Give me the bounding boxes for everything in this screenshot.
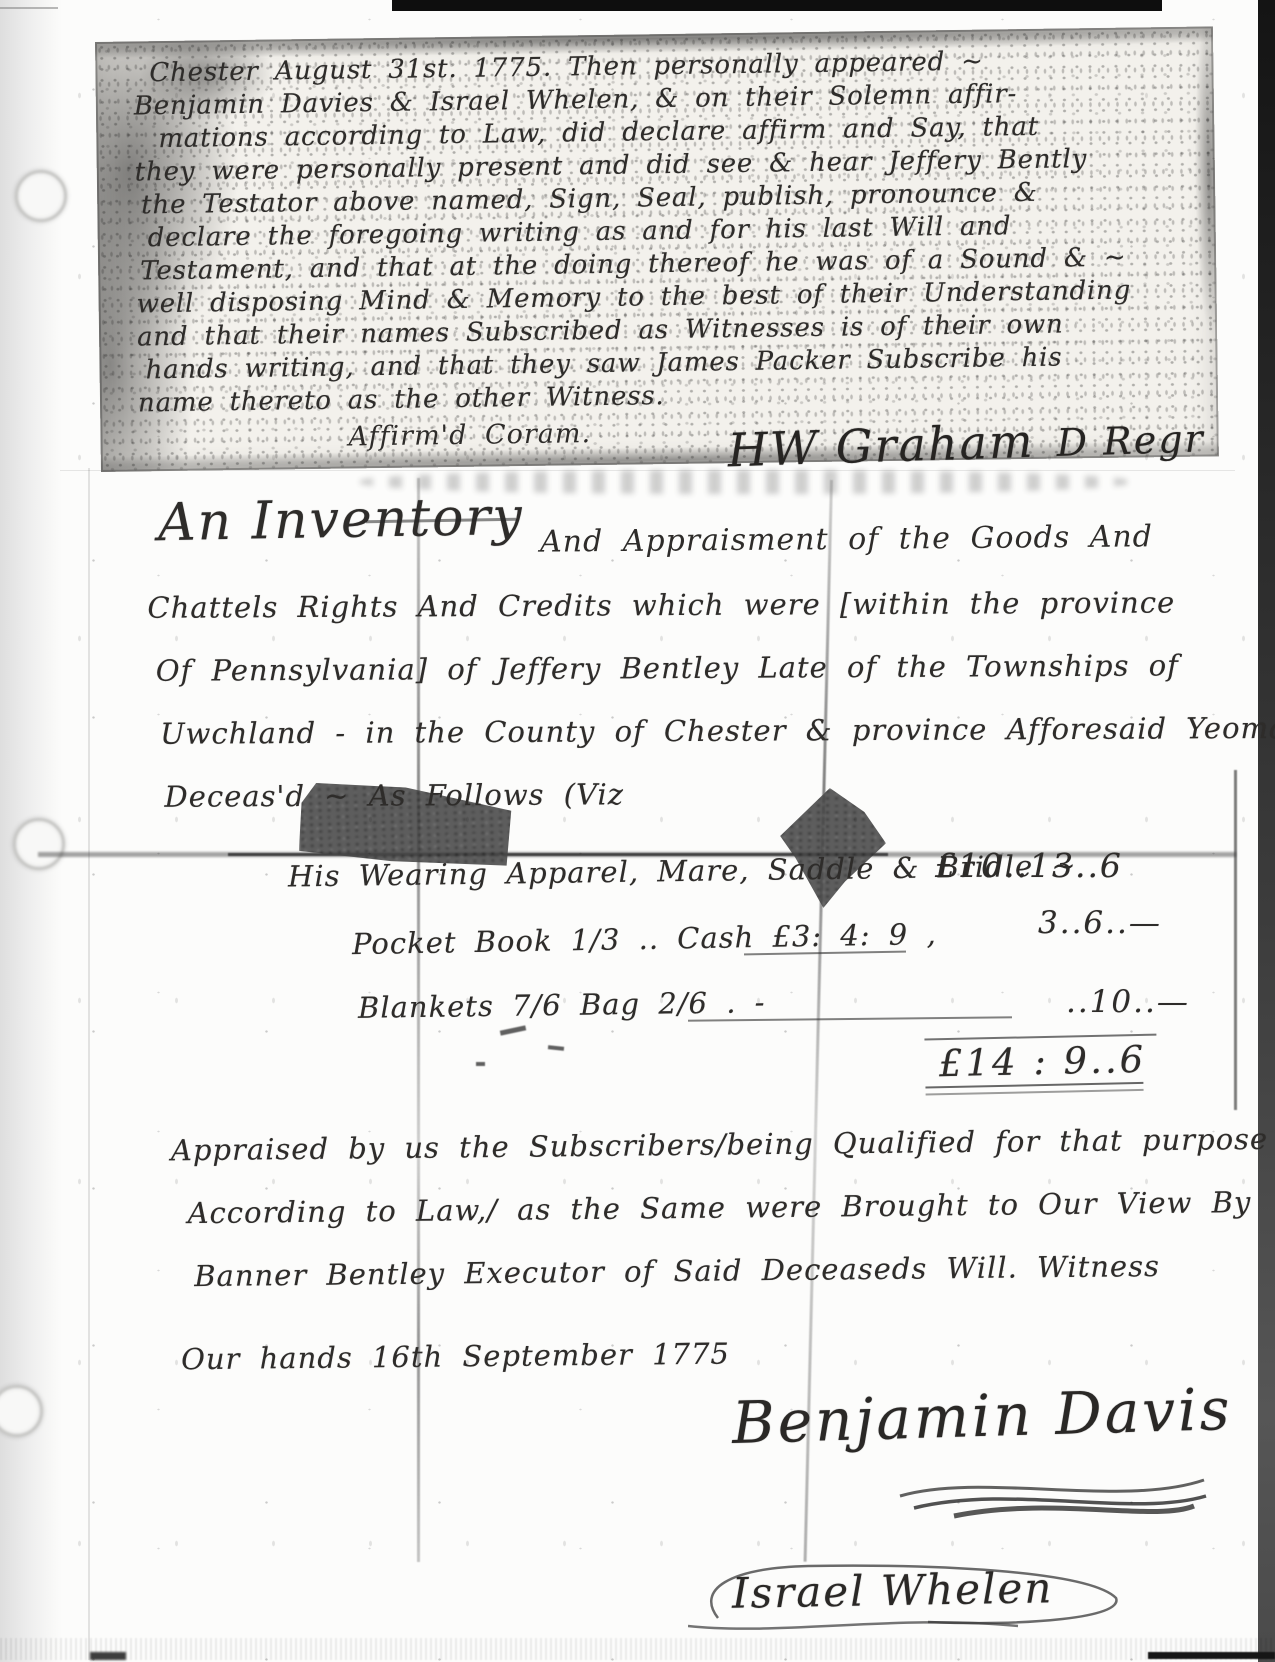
inventory-intro-line: Chattels Rights And Credits which were [… xyxy=(147,571,1217,640)
scan-bottom-band xyxy=(0,1638,1275,1660)
inventory-item-amount: 3..6..— xyxy=(1038,905,1162,941)
appraisal-line: According to Law,/ as the Same were Brou… xyxy=(187,1172,1192,1246)
appraisal-line: Banner Bentley Executor of Said Deceased… xyxy=(194,1235,1193,1308)
inventory-item-description: Pocket Book 1/3 .. Cash £3: 4: 9 , xyxy=(352,917,937,961)
scan-edge-right xyxy=(1258,0,1275,1662)
appraisal-line: Appraised by us the Subscribers/being Qu… xyxy=(171,1109,1192,1183)
paper-edge-line xyxy=(88,468,90,1660)
ink-speck xyxy=(548,1045,564,1051)
scan-edge-bar xyxy=(392,0,1162,11)
punch-hole xyxy=(13,818,65,870)
will-attestation-block: Chester August 31st. 1775. Then personal… xyxy=(95,26,1219,472)
inventory-title-continuation: And Appraisment of the Goods And xyxy=(540,519,1153,559)
registrar-name: HW Graham xyxy=(727,414,1035,478)
inventory-intro-line: Of Pennsylvania] of Jeffery Bentley Late… xyxy=(156,634,1218,703)
scanned-document-page: Chester August 31st. 1775. Then personal… xyxy=(0,0,1275,1662)
scan-edge-line xyxy=(0,7,58,9)
total-amount: £14 : 9..6 xyxy=(924,1036,1163,1086)
inventory-intro: Chattels Rights And Credits which were [… xyxy=(147,571,1218,829)
punch-hole xyxy=(15,170,67,222)
signature-benjamin-davis: Benjamin Davis xyxy=(731,1375,1233,1457)
registrar-title: D Regr xyxy=(1056,416,1205,465)
amount-column-rule xyxy=(1234,770,1237,1110)
inventory-intro-line: Uwchland - in the County of Chester & pr… xyxy=(160,697,1218,766)
ink-speck xyxy=(476,1062,485,1066)
inventory-item-amount: ..10..— xyxy=(1066,984,1190,1020)
signature-flourish xyxy=(892,1466,1212,1522)
signature-israel-whelen: Israel Whelen xyxy=(732,1563,1054,1618)
scan-edge-mark xyxy=(90,1652,126,1660)
scan-edge-mark xyxy=(1148,1652,1275,1659)
attestation-text: Chester August 31st. 1775. Then personal… xyxy=(95,26,1218,421)
inventory-intro-line: Deceas'd ~ As Follows (Viz xyxy=(164,760,1218,829)
inventory-total: £14 : 9..6 xyxy=(924,1034,1163,1096)
appraisal-statement: Appraised by us the Subscribers/being Qu… xyxy=(171,1109,1194,1392)
ink-speck xyxy=(500,1025,526,1035)
inventory-item-amount: £10..13..6 xyxy=(935,846,1123,885)
